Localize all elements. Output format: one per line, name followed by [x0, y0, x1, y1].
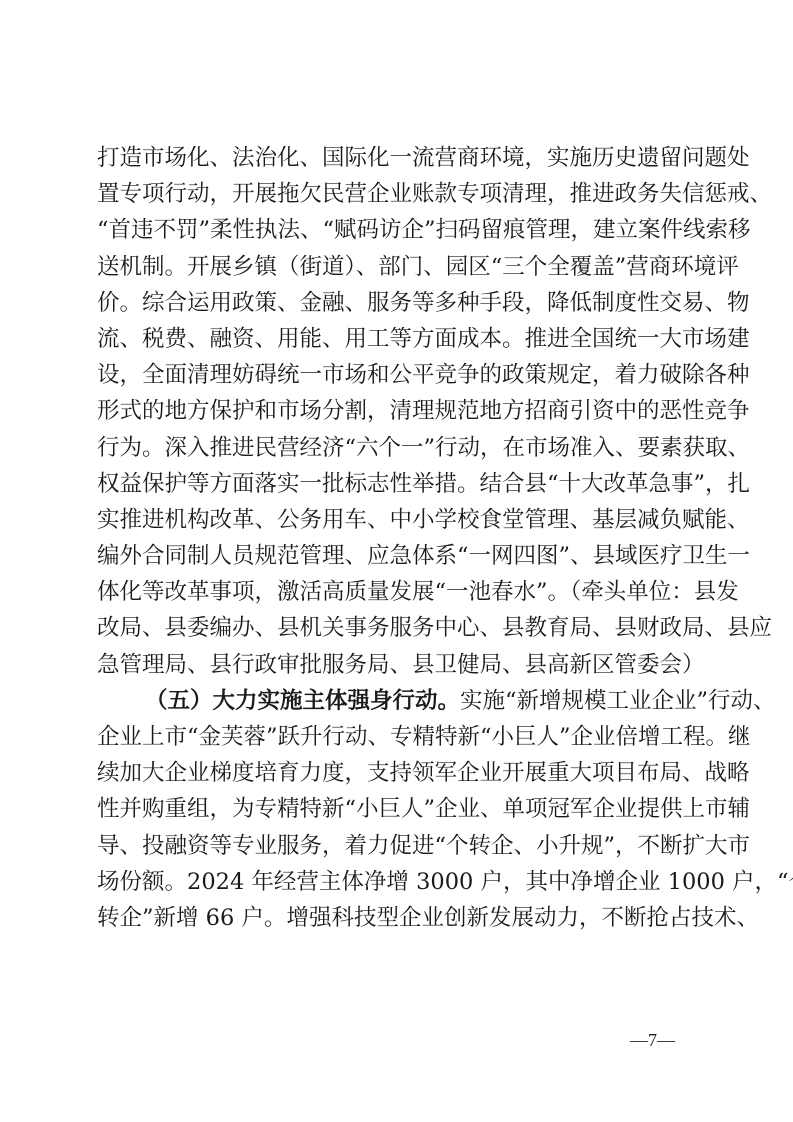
text-line: 性并购重组，为专精特新“小巨人”企业、单项冠军企业提供上市辅	[97, 791, 703, 827]
text-line: 体化等改革事项，激活高质量发展“一池春水”。（牵头单位：县发	[97, 574, 703, 610]
text-line: “首违不罚”柔性执法、“赋码访企”扫码留痕管理，建立案件线索移	[97, 212, 703, 248]
document-page: 打造市场化、法治化、国际化一流营商环境，实施历史遗留问题处 置专项行动，开展拖欠…	[0, 0, 793, 1122]
text-line: 流、税费、融资、用能、用工等方面成本。推进全国统一大市场建	[97, 321, 703, 357]
text-line: 设，全面清理妨碍统一市场和公平竞争的政策规定，着力破除各种	[97, 357, 703, 393]
text-line: 导、投融资等专业服务，着力促进“个转企、小升规”，不断扩大市	[97, 828, 703, 864]
text-line: 急管理局、县行政审批服务局、县卫健局、县高新区管委会）	[97, 647, 703, 683]
text-line: 形式的地方保护和市场分割，清理规范地方招商引资中的恶性竞争	[97, 393, 703, 429]
section-heading-line: （五）大力实施主体强身行动。实施“新增规模工业企业”行动、	[97, 683, 703, 719]
text-line: 行为。深入推进民营经济“六个一”行动，在市场准入、要素获取、	[97, 430, 703, 466]
text-line: 续加大企业梯度培育力度，支持领军企业开展重大项目布局、战略	[97, 755, 703, 791]
text-line: 改局、县委编办、县机关事务服务中心、县教育局、县财政局、县应	[97, 610, 703, 646]
section-heading-rest: 实施“新增规模工业企业”行动、	[460, 688, 776, 714]
text-line: 转企”新增 66 户。增强科技型企业创新发展动力，不断抢占技术、	[97, 900, 703, 936]
text-line: 权益保护等方面落实一批标志性举措。结合县“十大改革急事”，扎	[97, 466, 703, 502]
text-line: 价。综合运用政策、金融、服务等多种手段，降低制度性交易、物	[97, 285, 703, 321]
body-text: 打造市场化、法治化、国际化一流营商环境，实施历史遗留问题处 置专项行动，开展拖欠…	[97, 140, 703, 936]
text-line: 送机制。开展乡镇（街道）、部门、园区“三个全覆盖”营商环境评	[97, 249, 703, 285]
section-heading: （五）大力实施主体强身行动。	[145, 688, 460, 714]
text-line: 企业上市“金芙蓉”跃升行动、专精特新“小巨人”企业倍增工程。继	[97, 719, 703, 755]
page-number: —7—	[630, 1030, 675, 1051]
text-line: 编外合同制人员规范管理、应急体系“一网四图”、县域医疗卫生一	[97, 538, 703, 574]
text-line: 打造市场化、法治化、国际化一流营商环境，实施历史遗留问题处	[97, 140, 703, 176]
text-line: 置专项行动，开展拖欠民营企业账款专项清理，推进政务失信惩戒、	[97, 176, 703, 212]
text-line: 实推进机构改革、公务用车、中小学校食堂管理、基层减负赋能、	[97, 502, 703, 538]
text-line: 场份额。2024 年经营主体净增 3000 户，其中净增企业 1000 户，“个	[97, 864, 703, 900]
